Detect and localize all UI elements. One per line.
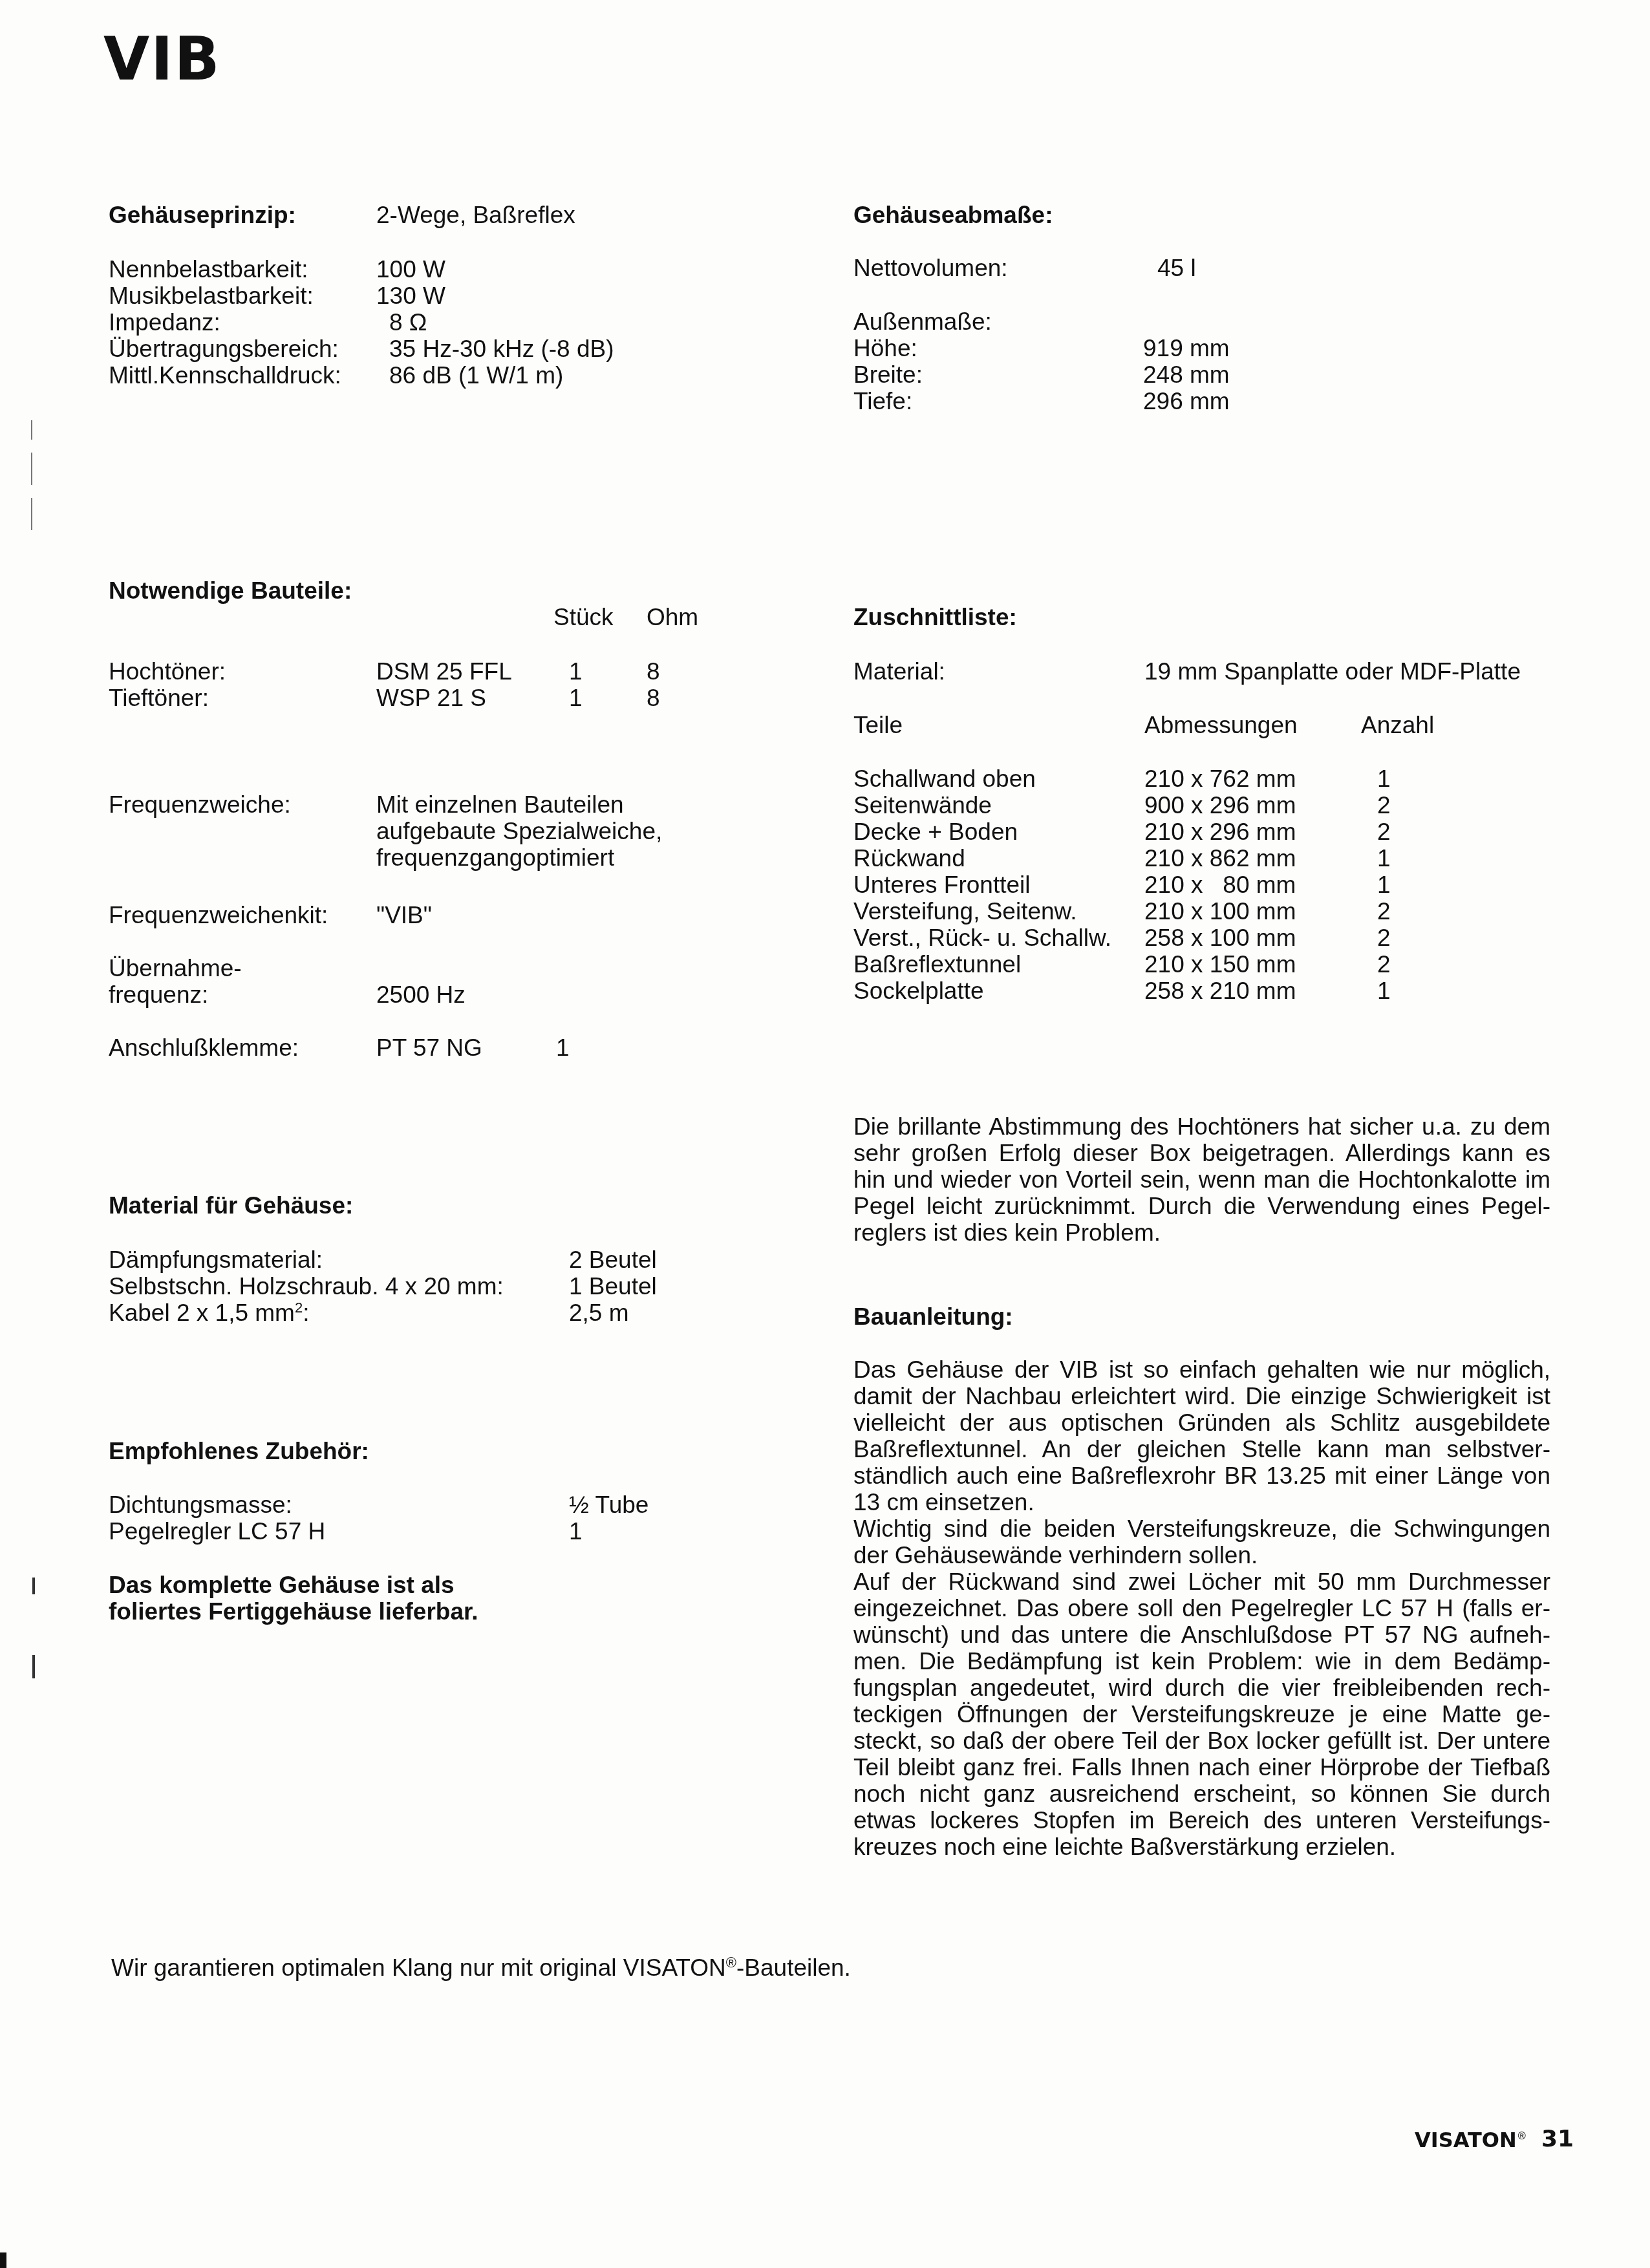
assembly-heading: Bauanleitung: xyxy=(853,1303,1013,1331)
spec-label: Impedanz: xyxy=(109,309,220,336)
spec-value: 100 W xyxy=(376,256,445,283)
crossover-line: aufgebaute Spezialweiche, xyxy=(376,818,662,844)
specs-principle-value: 2-Wege, Baßreflex xyxy=(376,202,575,228)
guarantee-suffix: -Bauteilen. xyxy=(736,1954,851,1981)
scan-artifact xyxy=(31,498,32,530)
prefab-note-line: foliertes Fertiggehäuse lieferbar. xyxy=(109,1598,478,1625)
paragraph-line: hin und wieder von Vorteil sein, wenn ma… xyxy=(853,1166,1550,1193)
paragraph-line: noch nicht ganz ausreichend erscheint, s… xyxy=(853,1781,1550,1807)
cutlist-table: Schallwand oben210 x 762 mm1Seitenwände9… xyxy=(853,765,1565,1011)
paragraph-line: Teil bleibt ganz frei. Falls Ihnen nach … xyxy=(853,1754,1550,1781)
col-header-ohm: Ohm xyxy=(647,604,698,630)
dimensions-heading: Gehäuseabmaße: xyxy=(853,202,1053,229)
cutlist-material-value: 19 mm Spanplatte oder MDF-Platte xyxy=(1144,658,1521,685)
specs-list: Nennbelastbarkeit: 100 W Musikbelastbark… xyxy=(109,256,755,398)
cable-label-prefix: Kabel 2 x 1,5 mm xyxy=(109,1300,295,1326)
scan-artifact xyxy=(32,1655,35,1678)
dimension-label: Breite: xyxy=(853,361,923,388)
paragraph-line: teckigen Öffnungen der Versteifungskreuz… xyxy=(853,1701,1550,1728)
spec-label: Mittl.Kennschalldruck: xyxy=(109,362,341,389)
housing-material-value: 2,5 m xyxy=(569,1300,629,1326)
dimension-value: 919 mm xyxy=(1143,335,1230,361)
cutlist-col-part: Teile xyxy=(853,712,903,738)
cutlist-dims: 210 x 862 mm xyxy=(1144,845,1296,872)
crossover-frequency-label-2: frequenz: xyxy=(109,981,208,1008)
spec-value: 8 Ω xyxy=(389,309,427,336)
cutlist-qty: 1 xyxy=(1377,765,1391,792)
crossover-frequency-label-1: Übernahme- xyxy=(109,955,242,981)
driver-qty: 1 xyxy=(569,685,583,711)
crossover-frequency-value: 2500 Hz xyxy=(376,981,466,1008)
registered-mark: ® xyxy=(726,1954,736,1971)
outer-dimensions-label: Außenmaße: xyxy=(853,308,992,335)
dimension-value: 296 mm xyxy=(1143,388,1230,414)
scan-artifact xyxy=(31,420,32,440)
paragraph-line: 13 cm einsetzen. xyxy=(853,1489,1550,1515)
paragraph-line: Wichtig sind die beiden Versteifungskreu… xyxy=(853,1515,1550,1542)
crossover-kit-label: Frequenzweichenkit: xyxy=(109,902,328,928)
components-heading: Notwendige Bauteile: xyxy=(109,577,352,604)
paragraph-line: damit der Nachbau erleichtert wird. Die … xyxy=(853,1383,1550,1409)
cutlist-dims: 210 x 296 mm xyxy=(1144,818,1296,845)
cutlist-dims: 210 x 80 mm xyxy=(1144,872,1296,898)
guarantee-note: Wir garantieren optimalen Klang nur mit … xyxy=(111,1954,851,1981)
cutlist-dims: 210 x 762 mm xyxy=(1144,765,1296,792)
scan-artifact xyxy=(0,2252,6,2268)
footer-brand: VISATON® xyxy=(1415,2127,1527,2154)
dimension-label: Tiefe: xyxy=(853,388,912,414)
page-number: 31 xyxy=(1541,2126,1574,2152)
housing-material-value: 1 Beutel xyxy=(569,1273,657,1300)
cutlist-dims: 900 x 296 mm xyxy=(1144,792,1296,818)
cutlist-part: Decke + Boden xyxy=(853,818,1018,845)
spec-value: 130 W xyxy=(376,283,445,309)
accessory-label: Pegelregler LC 57 H xyxy=(109,1518,325,1545)
crossover-kit-value: "VIB" xyxy=(376,902,432,928)
crossover-label: Frequenzweiche: xyxy=(109,791,291,818)
col-header-qty: Stück xyxy=(553,604,614,630)
accessory-value: 1 xyxy=(569,1518,583,1545)
spec-label: Nennbelastbarkeit: xyxy=(109,256,308,283)
cutlist-part: Rückwand xyxy=(853,845,965,872)
net-volume-value: 45 l xyxy=(1157,255,1196,281)
paragraph-line: Baßreflextunnel. An der gleichen Stelle … xyxy=(853,1436,1550,1462)
prefab-note-line: Das komplette Gehäuse ist als xyxy=(109,1572,455,1598)
dimension-label: Höhe: xyxy=(853,335,917,361)
paragraph-line: etwas lockeres Stopfen im Bereich des un… xyxy=(853,1807,1550,1834)
cutlist-part: Versteifung, Seitenw. xyxy=(853,898,1077,925)
driver-ohm: 8 xyxy=(647,685,660,711)
cutlist-qty: 2 xyxy=(1377,818,1391,845)
spec-value: 86 dB (1 W/1 m) xyxy=(389,362,563,389)
paragraph-line: Die brillante Abstimmung des Hochtöners … xyxy=(853,1113,1550,1140)
driver-label: Tieftöner: xyxy=(109,685,209,711)
terminal-model: PT 57 NG xyxy=(376,1034,482,1061)
paragraph-line: Auf der Rückwand sind zwei Löcher mit 50… xyxy=(853,1568,1550,1595)
cutlist-heading: Zuschnittliste: xyxy=(853,604,1017,631)
housing-material-value: 2 Beutel xyxy=(569,1246,657,1273)
housing-material-label: Selbstschn. Holzschraub. 4 x 20 mm: xyxy=(109,1273,504,1300)
driver-model: DSM 25 FFL xyxy=(376,658,512,685)
cutlist-part: Sockelplatte xyxy=(853,978,984,1004)
cutlist-qty: 2 xyxy=(1377,898,1391,925)
paragraph-line: vielleicht der aus optischen Gründen als… xyxy=(853,1409,1550,1436)
brand-name: VISATON xyxy=(1415,2128,1517,2152)
intro-paragraph: Die brillante Abstimmung des Hochtöners … xyxy=(853,1113,1550,1246)
paragraph-line: reglers ist dies kein Problem. xyxy=(853,1219,1550,1246)
cutlist-dims: 258 x 210 mm xyxy=(1144,978,1296,1004)
guarantee-text: Wir garantieren optimalen Klang nur mit … xyxy=(111,1954,726,1981)
dimension-value: 248 mm xyxy=(1143,361,1230,388)
paragraph-line: Pegel leicht zurücknimmt. Durch die Verw… xyxy=(853,1193,1550,1219)
paragraph-line: men. Die Bedämpfung ist kein Problem: wi… xyxy=(853,1648,1550,1674)
paragraph-line: kreuzes noch eine leichte Baßverstärkung… xyxy=(853,1834,1550,1860)
spec-value: 35 Hz-30 kHz (-8 dB) xyxy=(389,336,614,362)
cable-label-superscript: 2 xyxy=(295,1300,303,1316)
housing-material-heading: Material für Gehäuse: xyxy=(109,1192,353,1219)
cutlist-dims: 210 x 150 mm xyxy=(1144,951,1296,978)
cutlist-dims: 210 x 100 mm xyxy=(1144,898,1296,925)
cutlist-part: Seitenwände xyxy=(853,792,992,818)
cutlist-qty: 2 xyxy=(1377,925,1391,951)
paragraph-line: fungsplan angedeutet, wird durch die vie… xyxy=(853,1674,1550,1701)
registered-mark: ® xyxy=(1517,2130,1527,2142)
spec-label: Übertragungsbereich: xyxy=(109,336,339,362)
paragraph-line: der Gehäusewände verhindern sollen. xyxy=(853,1542,1550,1568)
paragraph-line: ständlich auch eine Baßreflexrohr BR 13.… xyxy=(853,1462,1550,1489)
paragraph-line: wünscht) und das untere die Anschlußdose… xyxy=(853,1621,1550,1648)
terminal-qty: 1 xyxy=(556,1034,570,1061)
driver-ohm: 8 xyxy=(647,658,660,685)
scan-artifact xyxy=(31,453,32,485)
crossover-line: frequenzgangoptimiert xyxy=(376,844,614,871)
assembly-paragraph: Das Gehäuse der VIB ist so einfach gehal… xyxy=(853,1356,1550,1860)
driver-model: WSP 21 S xyxy=(376,685,486,711)
crossover-line: Mit einzelnen Bauteilen xyxy=(376,791,624,818)
cutlist-qty: 2 xyxy=(1377,951,1391,978)
cutlist-qty: 1 xyxy=(1377,845,1391,872)
cable-label-suffix: : xyxy=(303,1300,309,1326)
paragraph-line: steckt, so daß der obere Teil der Box lo… xyxy=(853,1728,1550,1754)
housing-material-label: Dämpfungsmaterial: xyxy=(109,1246,323,1273)
cutlist-part: Unteres Frontteil xyxy=(853,872,1031,898)
cutlist-qty: 1 xyxy=(1377,978,1391,1004)
specs-principle-label: Gehäuseprinzip: xyxy=(109,202,296,229)
accessory-label: Dichtungsmasse: xyxy=(109,1492,292,1518)
spec-label: Musikbelastbarkeit: xyxy=(109,283,314,309)
terminal-label: Anschlußklemme: xyxy=(109,1034,299,1061)
paragraph-line: eingezeichnet. Das obere soll den Pegelr… xyxy=(853,1595,1550,1621)
cutlist-col-qty: Anzahl xyxy=(1361,712,1434,738)
accessories-heading: Empfohlenes Zubehör: xyxy=(109,1438,369,1465)
cutlist-qty: 1 xyxy=(1377,872,1391,898)
accessory-value: ½ Tube xyxy=(569,1492,648,1518)
scan-artifact xyxy=(32,1578,35,1594)
cutlist-part: Baßreflextunnel xyxy=(853,951,1021,978)
cutlist-part: Verst., Rück- u. Schallw. xyxy=(853,925,1111,951)
driver-label: Hochtöner: xyxy=(109,658,226,685)
net-volume-label: Nettovolumen: xyxy=(853,255,1008,281)
paragraph-line: sehr großen Erfolg dieser Box beigetrage… xyxy=(853,1140,1550,1166)
page-title: VIB xyxy=(103,25,221,94)
driver-qty: 1 xyxy=(569,658,583,685)
cutlist-qty: 2 xyxy=(1377,792,1391,818)
cutlist-material-label: Material: xyxy=(853,658,945,685)
cutlist-col-dims: Abmessungen xyxy=(1144,712,1298,738)
cutlist-part: Schallwand oben xyxy=(853,765,1036,792)
cutlist-dims: 258 x 100 mm xyxy=(1144,925,1296,951)
housing-material-label: Kabel 2 x 1,5 mm2: xyxy=(109,1300,309,1326)
paragraph-line: Das Gehäuse der VIB ist so einfach gehal… xyxy=(853,1356,1550,1383)
